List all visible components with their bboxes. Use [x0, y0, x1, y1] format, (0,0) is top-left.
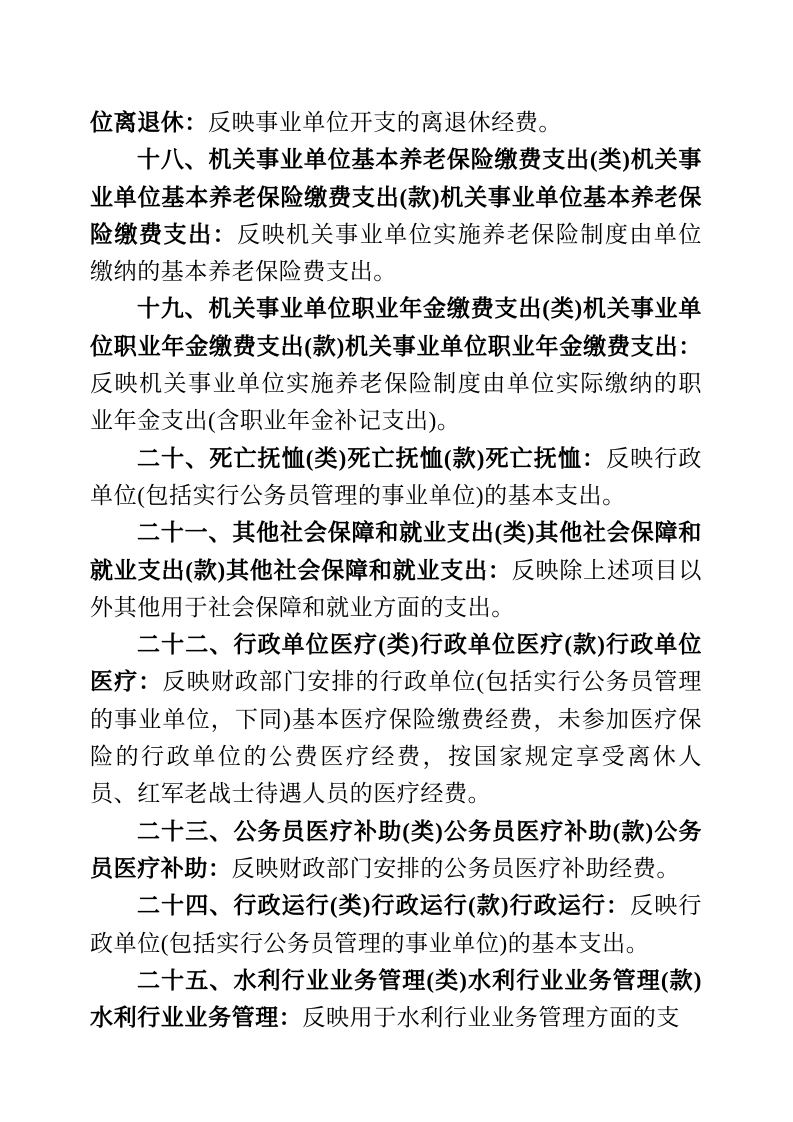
definition-item-25: 反映用于水利行业业务管理方面的支	[302, 1005, 680, 1030]
term-item-24: 二十四、行政运行(类)行政运行(款)行政运行：	[137, 893, 630, 918]
para-item-18: 十八、机关事业单位基本养老保险缴费支出(类)机关事业单位基本养老保险缴费支出(款…	[90, 141, 702, 290]
definition-item-23: 反映财政部门安排的公务员医疗补助经费。	[232, 856, 680, 881]
para-item-19: 十九、机关事业单位职业年金缴费支出(类)机关事业单位职业年金缴费支出(款)机关事…	[90, 290, 702, 439]
term-retirement: 位离退休：	[90, 110, 208, 135]
term-item-19: 十九、机关事业单位职业年金缴费支出(类)机关事业单位职业年金缴费支出(款)机关事…	[90, 296, 702, 358]
para-continuation-item-17: 位离退休：反映事业单位开支的离退休经费。	[90, 104, 702, 141]
definition-retirement: 反映事业单位开支的离退休经费。	[208, 110, 562, 135]
definition-item-19: 反映机关事业单位实施养老保险制度由单位实际缴纳的职业年金支出(含职业年金补记支出…	[90, 371, 702, 433]
term-item-20: 二十、死亡抚恤(类)死亡抚恤(款)死亡抚恤：	[137, 446, 606, 471]
para-item-23: 二十三、公务员医疗补助(类)公务员医疗补助(款)公务员医疗补助：反映财政部门安排…	[90, 813, 702, 888]
para-item-21: 二十一、其他社会保障和就业支出(类)其他社会保障和就业支出(款)其他社会保障和就…	[90, 514, 702, 626]
para-item-25: 二十五、水利行业业务管理(类)水利行业业务管理(款)水利行业业务管理：反映用于水…	[90, 962, 702, 1037]
para-item-20: 二十、死亡抚恤(类)死亡抚恤(款)死亡抚恤：反映行政单位(包括实行公务员管理的事…	[90, 440, 702, 515]
definition-item-22: 反映财政部门安排的行政单位(包括实行公务员管理的事业单位，下同)基本医疗保险缴费…	[90, 669, 702, 806]
document-content: 位离退休：反映事业单位开支的离退休经费。 十八、机关事业单位基本养老保险缴费支出…	[90, 104, 702, 1036]
para-item-24: 二十四、行政运行(类)行政运行(款)行政运行：反映行政单位(包括实行公务员管理的…	[90, 887, 702, 962]
document-page: 位离退休：反映事业单位开支的离退休经费。 十八、机关事业单位基本养老保险缴费支出…	[0, 0, 793, 1122]
para-item-22: 二十二、行政单位医疗(类)行政单位医疗(款)行政单位医疗：反映财政部门安排的行政…	[90, 626, 702, 812]
